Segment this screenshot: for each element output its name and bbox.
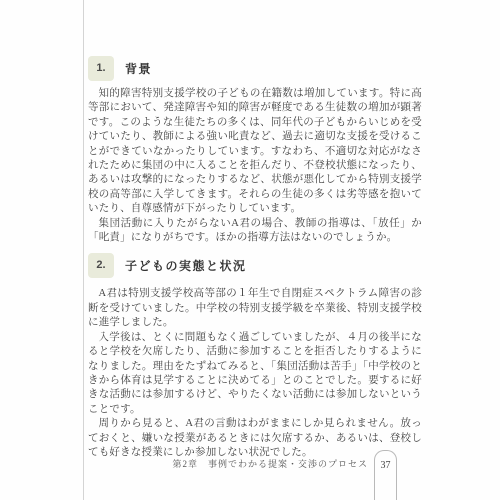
section-number-badge: 2. (88, 253, 114, 278)
chapter-running-title: 第2章 事例でわかる提案・交渉のプロセス (172, 459, 368, 469)
section-number-badge: 1. (88, 56, 114, 81)
section-background: 1. 背景 知的障害特別支援学校の子どもの在籍数は増加しています。特に高等部にお… (88, 55, 422, 245)
book-page: 1. 背景 知的障害特別支援学校の子どもの在籍数は増加しています。特に高等部にお… (0, 0, 500, 500)
page-number: 37 (381, 460, 391, 471)
page-left-edge-line (83, 0, 84, 500)
section-heading: 2. 子どもの実態と状況 (88, 252, 422, 278)
paragraph: 周りから見ると、A君の言動はわがままにしか見られません。放っておくと、嫌いな授業… (88, 417, 422, 460)
paragraph: 集団活動に入りたがらないA君の場合、教師の指導は、「放任」か「叱責」になりがちで… (88, 217, 422, 246)
section-heading: 1. 背景 (88, 55, 422, 81)
page-footer: 第2章 事例でわかる提案・交渉のプロセス (0, 457, 368, 470)
paragraph: A君は特別支援学校高等部の１年生で自閉症スペクトラム障害の診断を受けていました。… (88, 287, 422, 330)
paragraph: 入学後は、とくに問題もなく過ごしていましたが、４月の後半になると学校を欠席したり… (88, 331, 422, 417)
paragraph: 知的障害特別支援学校の子どもの在籍数は増加しています。特に高等部において、発達障… (88, 87, 422, 217)
section-child-situation: 2. 子どもの実態と状況 A君は特別支援学校高等部の１年生で自閉症スペクトラム障… (88, 252, 422, 460)
section-title: 背景 (125, 60, 152, 77)
page-content: 1. 背景 知的障害特別支援学校の子どもの在籍数は増加しています。特に高等部にお… (88, 55, 422, 460)
section-title: 子どもの実態と状況 (125, 257, 247, 274)
page-number-tab: 37 (374, 450, 397, 500)
